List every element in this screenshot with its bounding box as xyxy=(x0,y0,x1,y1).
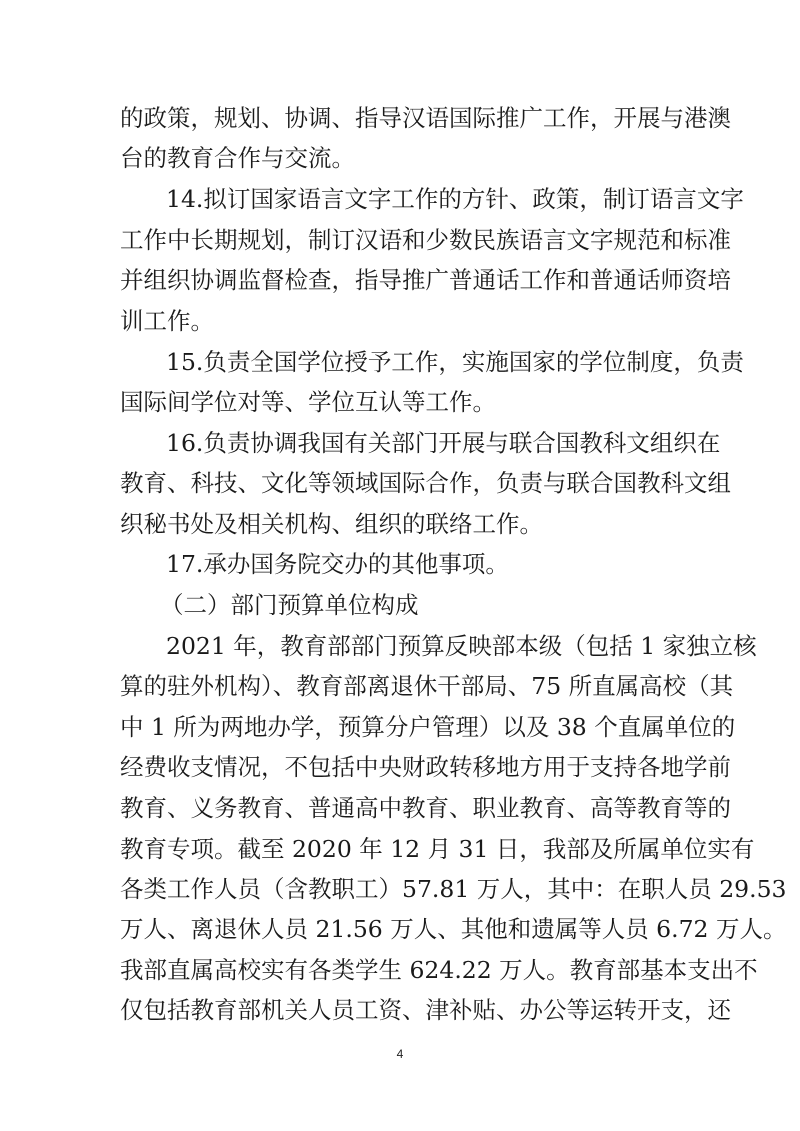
text-line: 各类工作人员（含教职工）57.81 万人，其中：在职人员 29.53 xyxy=(120,875,682,903)
paragraph-start: 2021 年，教育部部门预算反映部本级（包括 1 家独立核 xyxy=(166,632,682,660)
text-line: 训工作。 xyxy=(120,307,682,335)
text-line: 的政策，规划、协调、指导汉语国际推广工作，开展与港澳 xyxy=(120,104,682,132)
text-line: 并组织协调监督检查，指导推广普通话工作和普通话师资培 xyxy=(120,266,682,294)
document-page: 的政策，规划、协调、指导汉语国际推广工作，开展与港澳 台的教育合作与交流。 14… xyxy=(0,0,800,1131)
text-line: 教育、义务教育、普通高中教育、职业教育、高等教育等的 xyxy=(120,794,682,822)
text-line: 仅包括教育部机关人员工资、津补贴、办公等运转开支，还 xyxy=(120,996,682,1024)
text-line: 教育专项。截至 2020 年 12 月 31 日，我部及所属单位实有 xyxy=(120,835,682,863)
list-item-14: 14.拟订国家语言文字工作的方针、政策，制订语言文字 xyxy=(166,185,682,213)
list-item-16: 16.负责协调我国有关部门开展与联合国教科文组织在 xyxy=(166,429,682,457)
text-line: 我部直属高校实有各类学生 624.22 万人。教育部基本支出不 xyxy=(120,956,682,984)
list-item-15: 15.负责全国学位授予工作，实施国家的学位制度，负责 xyxy=(166,348,682,376)
text-line: 织秘书处及相关机构、组织的联络工作。 xyxy=(120,510,682,538)
section-heading: （二）部门预算单位构成 xyxy=(160,591,419,619)
text-line: 国际间学位对等、学位互认等工作。 xyxy=(120,388,682,416)
list-item-17: 17.承办国务院交办的其他事项。 xyxy=(166,550,682,578)
text-line: 算的驻外机构）、教育部离退休干部局、75 所直属高校（其 xyxy=(120,672,682,700)
text-line: 教育、科技、文化等领域国际合作，负责与联合国教科文组 xyxy=(120,469,682,497)
text-line: 工作中长期规划，制订汉语和少数民族语言文字规范和标准 xyxy=(120,226,682,254)
page-number: 4 xyxy=(0,1047,800,1061)
text-line: 台的教育合作与交流。 xyxy=(120,144,682,172)
text-line: 经费收支情况，不包括中央财政转移地方用于支持各地学前 xyxy=(120,753,682,781)
text-line: 中 1 所为两地办学，预算分户管理）以及 38 个直属单位的 xyxy=(120,713,682,741)
text-line: 万人、离退休人员 21.56 万人、其他和遗属等人员 6.72 万人。 xyxy=(120,915,682,943)
